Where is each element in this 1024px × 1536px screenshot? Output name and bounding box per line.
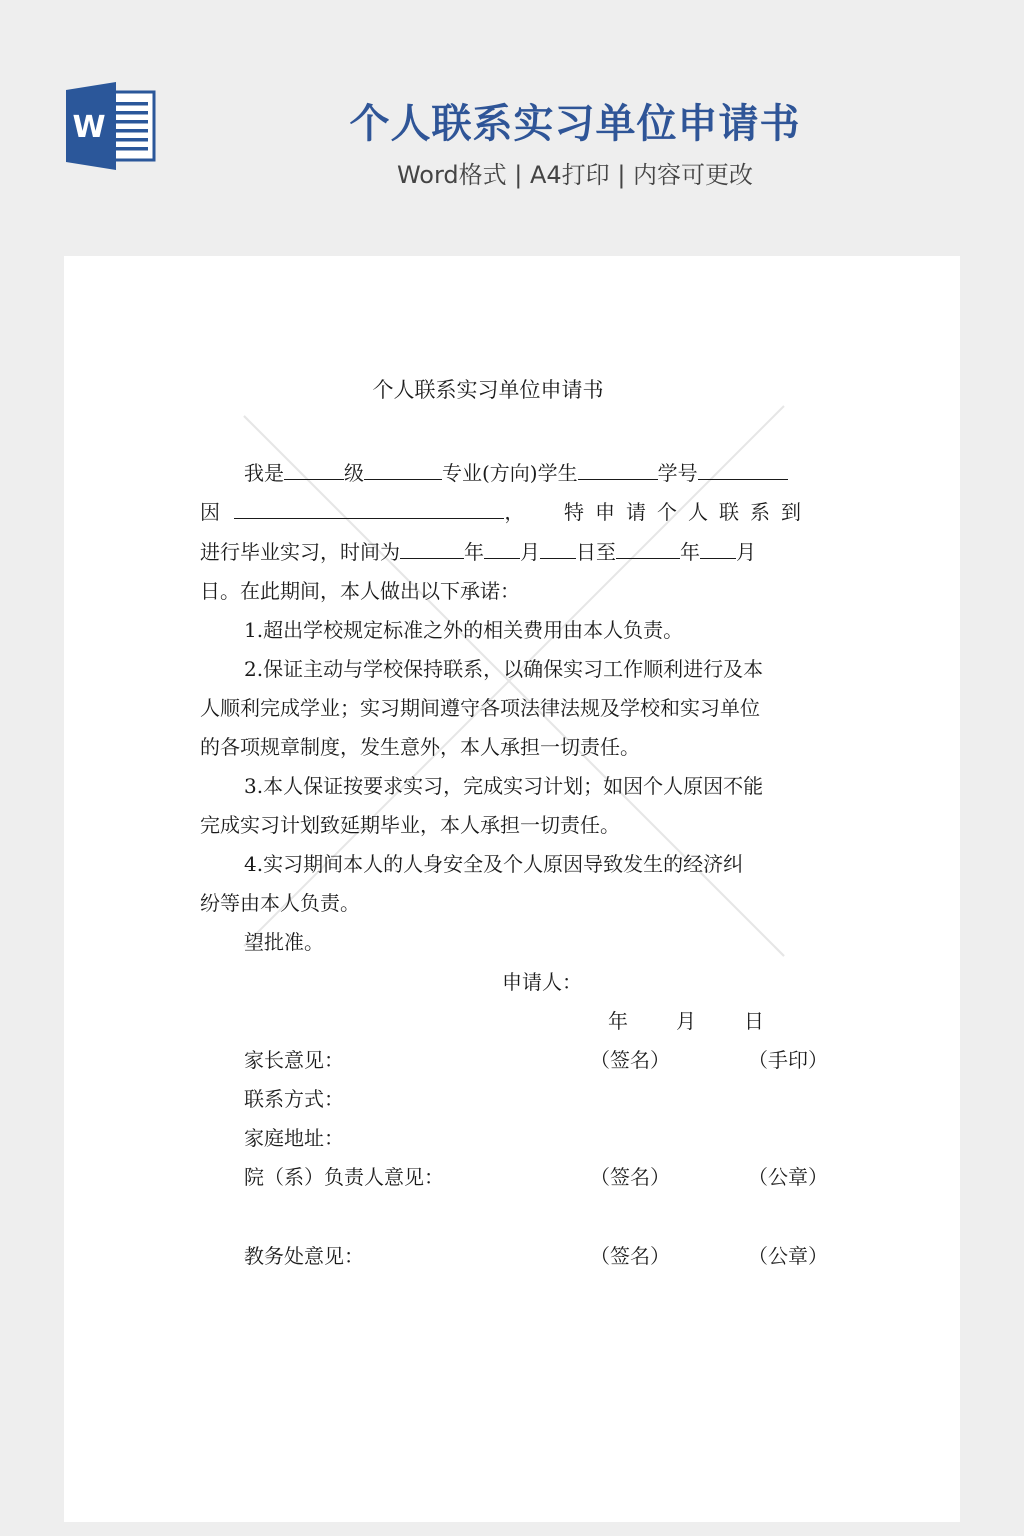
date-month: 月 xyxy=(676,1007,696,1035)
sign-row-stamp: （手印） xyxy=(748,1046,828,1074)
word-icon: W xyxy=(66,82,156,170)
blank-end-year[interactable] xyxy=(616,538,680,559)
text: 年 xyxy=(680,540,700,564)
promo-header: W 个人联系实习单位申请书 Word格式 | A4打印 | 内容可更改 xyxy=(0,0,1024,256)
applicant-label: 申请人： xyxy=(502,968,582,996)
blank-start-day[interactable] xyxy=(540,538,576,559)
blank-start-year[interactable] xyxy=(400,538,464,559)
sign-row-sign: （签名） xyxy=(590,1242,670,1270)
item-2-line-3: 的各项规章制度，发生意外，本人承担一切责任。 xyxy=(200,733,824,761)
blank-student-id[interactable] xyxy=(698,459,788,480)
sign-row-label: 院（系）负责人意见： xyxy=(244,1163,444,1191)
item-3-line-2: 完成实习计划致延期毕业，本人承担一切责任。 xyxy=(200,811,824,839)
sign-row-label: 家庭地址： xyxy=(244,1124,344,1152)
closing-text: 望批准。 xyxy=(200,928,868,956)
text: 我是 xyxy=(244,461,284,485)
applicant-row: 申请人： xyxy=(200,968,824,996)
sign-row-contact: 联系方式： xyxy=(200,1085,824,1113)
document-page: 个人联系实习单位申请书 我是级专业(方向)学生学号 因 ， 特申请个人联系到 进… xyxy=(64,256,960,1522)
blank-end-month[interactable] xyxy=(700,538,736,559)
sign-row-address: 家庭地址： xyxy=(200,1124,824,1152)
date-row: 年 月 日 xyxy=(200,1007,824,1035)
item-2-line-1: 2.保证主动与学校保持联系，以确保实习工作顺利进行及本 xyxy=(200,655,868,683)
document-title: 个人联系实习单位申请书 xyxy=(200,374,776,404)
text: 月 xyxy=(736,540,756,564)
date-year: 年 xyxy=(608,1007,628,1035)
blank-major[interactable] xyxy=(364,459,442,480)
sign-row-sign: （签名） xyxy=(590,1046,670,1074)
sign-row-parent: 家长意见： （签名） （手印） xyxy=(200,1046,824,1074)
svg-text:W: W xyxy=(72,110,105,145)
blank-grade[interactable] xyxy=(284,459,344,480)
promo-subtitle: Word格式 | A4打印 | 内容可更改 xyxy=(300,155,850,190)
text: 学号 xyxy=(658,461,698,485)
blank-student-name[interactable] xyxy=(578,459,658,480)
item-2-line-2: 人顺利完成学业；实习期间遵守各项法律法规及学校和实习单位 xyxy=(200,694,824,722)
sign-row-stamp: （公章） xyxy=(748,1163,828,1191)
text: 月 xyxy=(520,540,540,564)
sign-row-label: 教务处意见： xyxy=(244,1242,364,1270)
text: 年 xyxy=(464,540,484,564)
text: 级 xyxy=(344,461,364,485)
date-day: 日 xyxy=(744,1007,764,1035)
text: 特申请个人联系到 xyxy=(564,498,812,526)
sign-row-department: 院（系）负责人意见： （签名） （公章） xyxy=(200,1163,824,1191)
blank-start-month[interactable] xyxy=(484,538,520,559)
item-3-line-1: 3.本人保证按要求实习，完成实习计划；如因个人原因不能 xyxy=(200,772,868,800)
sign-row-label: 家长意见： xyxy=(244,1046,344,1074)
text: 因 xyxy=(200,500,220,524)
promo-title: 个人联系实习单位申请书 xyxy=(300,92,850,149)
item-1-line-1: 1.超出学校规定标准之外的相关费用由本人负责。 xyxy=(200,616,868,644)
sign-row-stamp: （公章） xyxy=(748,1242,828,1270)
intro-line-3: 进行毕业实习，时间为年月日至年月 xyxy=(200,538,824,566)
text: ， xyxy=(504,500,524,524)
intro-line-2: 因 ， 特申请个人联系到 xyxy=(200,498,824,526)
blank-reason[interactable] xyxy=(234,498,504,519)
text: 日至 xyxy=(576,540,616,564)
text: 进行毕业实习，时间为 xyxy=(200,540,400,564)
sign-row-sign: （签名） xyxy=(590,1163,670,1191)
sign-row-academic-affairs: 教务处意见： （签名） （公章） xyxy=(200,1242,824,1270)
intro-line-4: 日。在此期间，本人做出以下承诺： xyxy=(200,577,824,605)
item-4-line-2: 纷等由本人负责。 xyxy=(200,889,824,917)
text: 专业(方向)学生 xyxy=(442,461,578,485)
intro-line-1: 我是级专业(方向)学生学号 xyxy=(200,459,868,487)
item-4-line-1: 4.实习期间本人的人身安全及个人原因导致发生的经济纠 xyxy=(200,850,868,878)
sign-row-label: 联系方式： xyxy=(244,1085,344,1113)
